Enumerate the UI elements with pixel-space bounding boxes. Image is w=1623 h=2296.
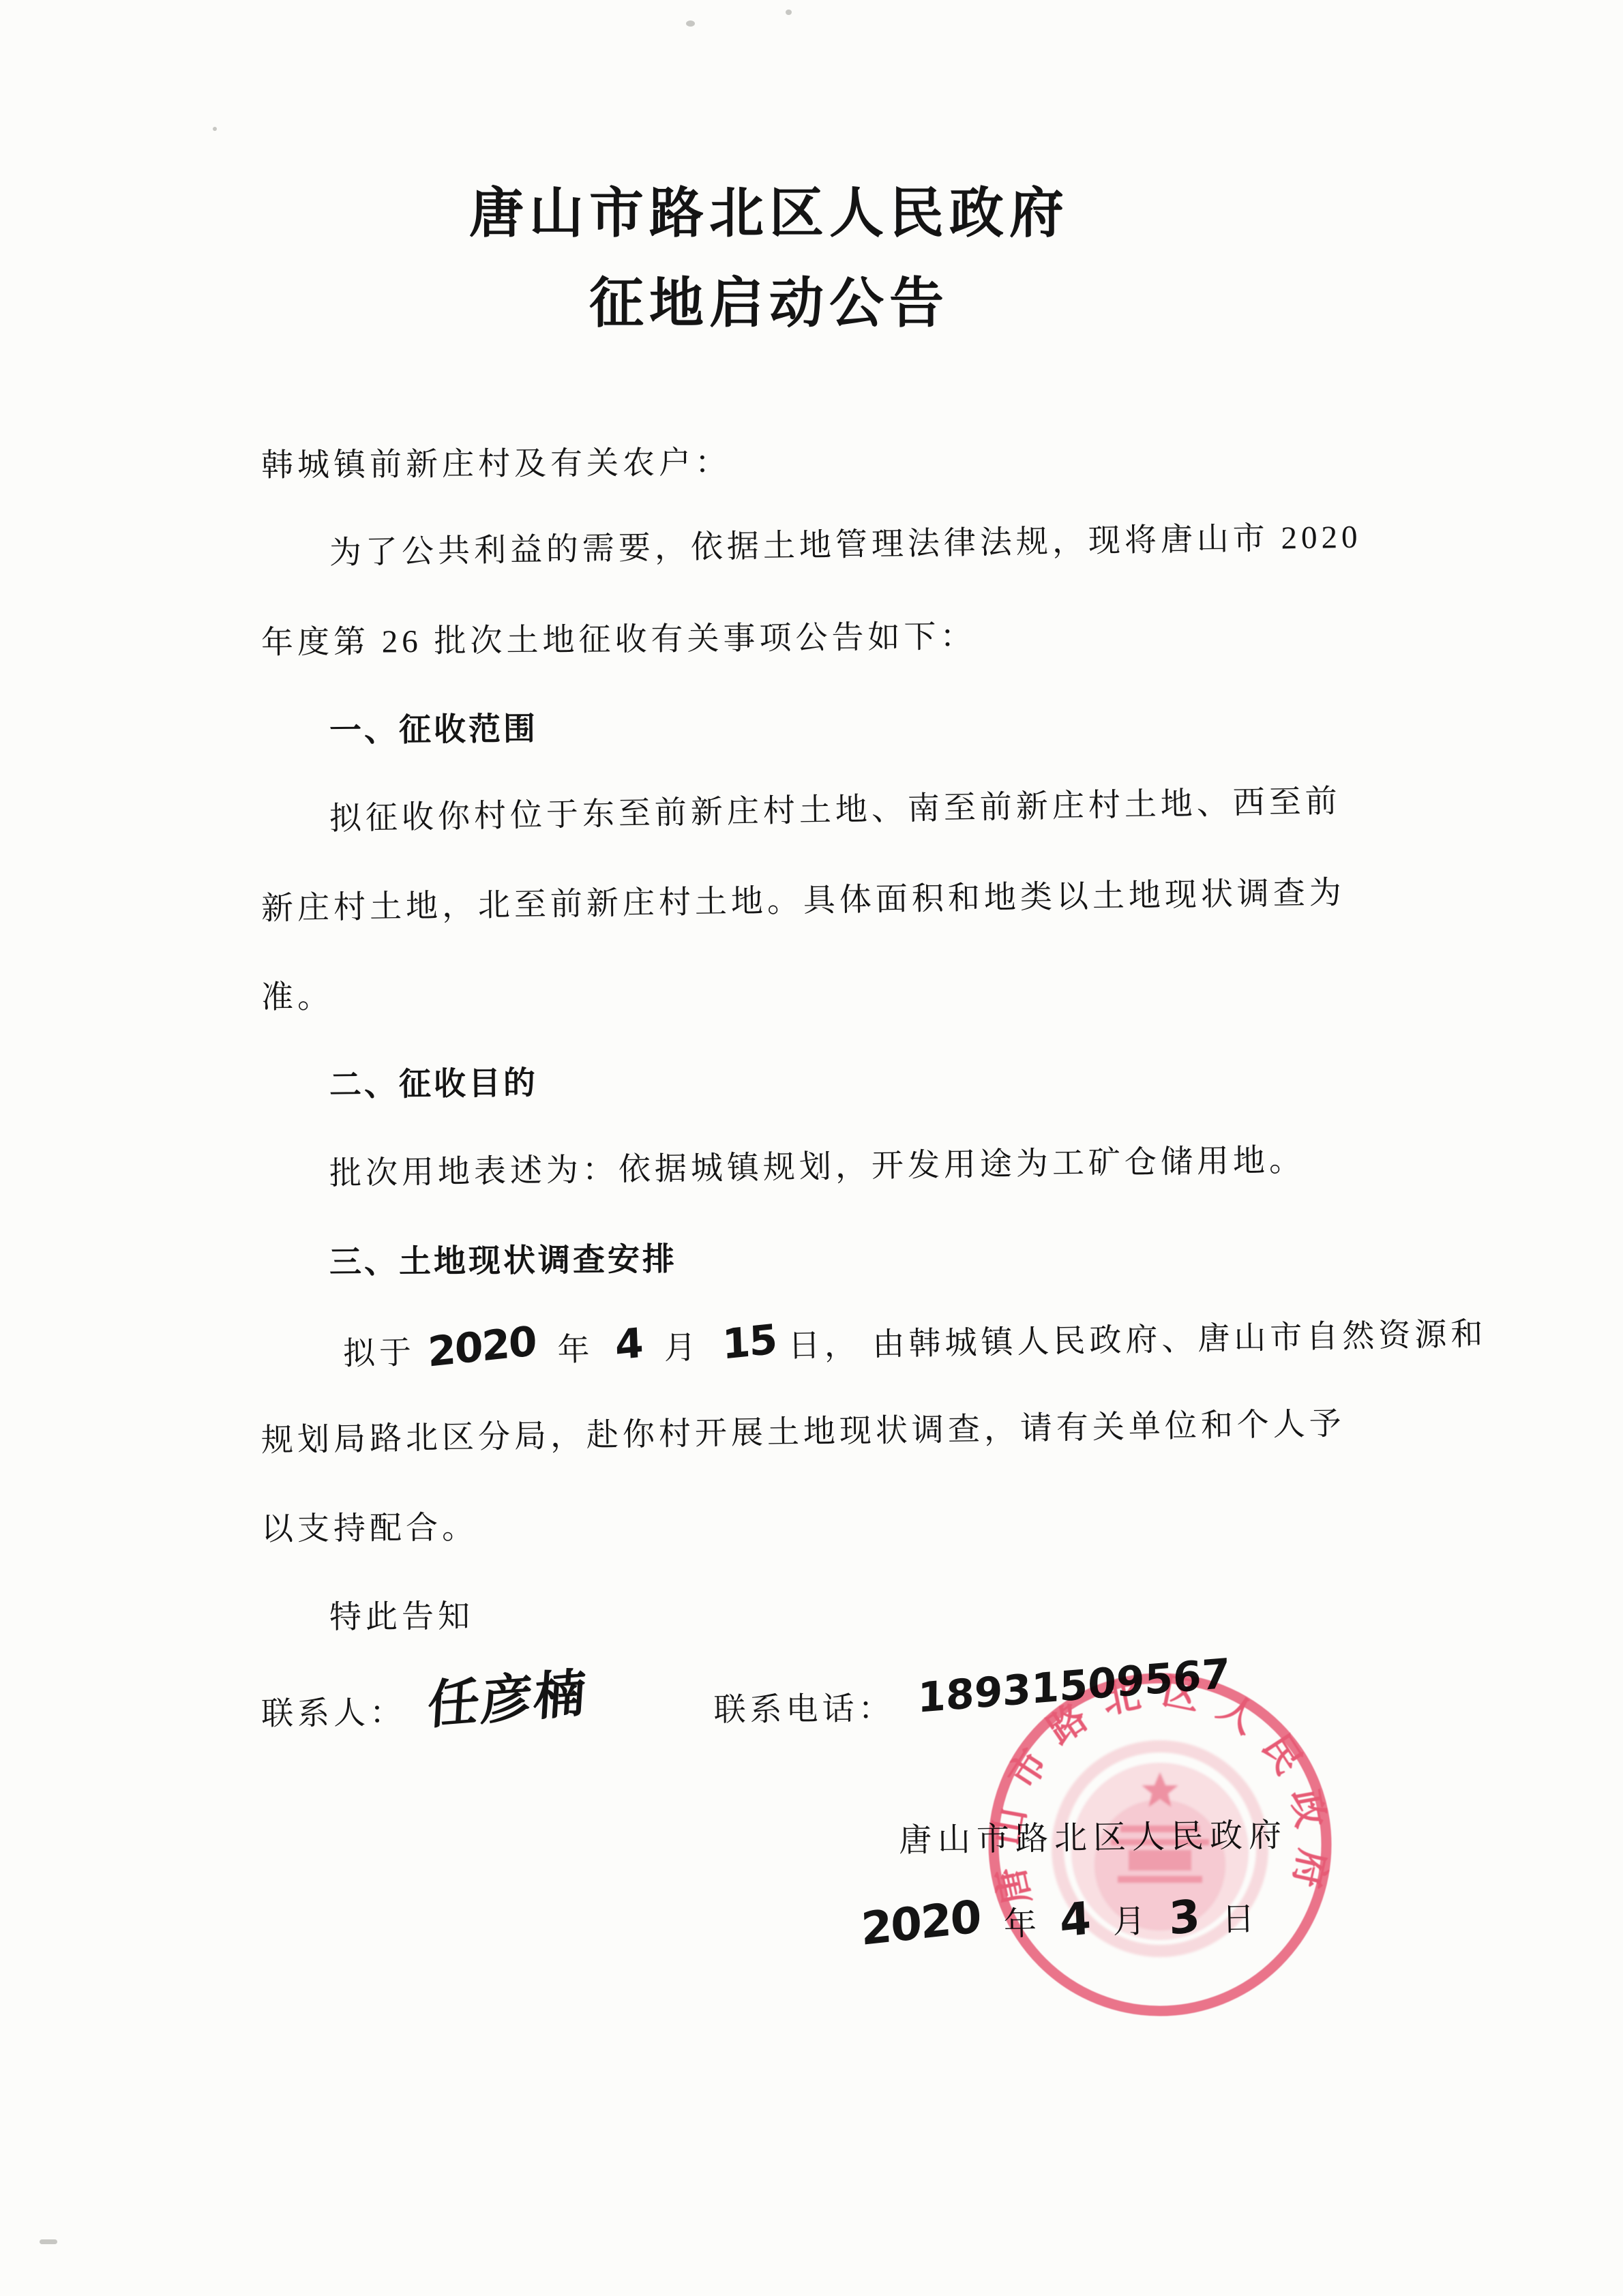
section1-line-3: 准。 — [261, 947, 1408, 1042]
schedule-prefix: 拟于 — [343, 1335, 416, 1372]
document-title-line1: 唐山市路北区人民政府 — [0, 169, 1581, 259]
contact-label: 联系人： — [261, 1695, 406, 1732]
scan-speck — [686, 20, 695, 27]
month-unit: 月 — [664, 1330, 700, 1367]
document-header: 唐山市路北区人民政府 征地启动公告 — [0, 169, 1623, 349]
scan-speck — [213, 127, 217, 131]
scan-speck — [786, 10, 792, 15]
closing-notice: 特此告知 — [261, 1566, 1408, 1663]
handwritten-contact-name: 任彦楠 — [425, 1648, 589, 1750]
section2-heading: 二、征收目的 — [260, 1030, 1407, 1131]
handwritten-sign-year: 2020 — [860, 1890, 981, 1956]
day-unit: 日， — [788, 1328, 861, 1365]
intro-line-1: 为了公共利益的需要，依据土地管理法律法规，现将唐山市 2020 — [260, 492, 1408, 599]
section3-line-3: 以支持配合。 — [261, 1477, 1408, 1574]
handwritten-year: 2020 — [426, 1297, 537, 1397]
section1-line-2: 新庄村土地，北至前新庄村土地。具体面积和地类以土地现状调查为 — [260, 848, 1408, 953]
national-emblem-icon — [1058, 1746, 1262, 1951]
document-body: 韩城镇前新庄村及有关农户： 为了公共利益的需要，依据土地管理法律法规，现将唐山市… — [261, 421, 1407, 1751]
official-seal-stamp: 唐山市路北区人民政府 — [982, 1667, 1338, 2023]
section2-line-1: 批次用地表述为：依据城镇规划，开发用途为工矿仓储用地。 — [260, 1115, 1408, 1219]
document-title-line2: 征地启动公告 — [0, 259, 1581, 349]
phone-label: 联系电话： — [713, 1691, 894, 1728]
handwritten-day: 15 — [720, 1295, 777, 1390]
year-unit: 年 — [557, 1332, 594, 1368]
scan-speck — [40, 2239, 57, 2244]
section3-line-2: 规划局路北区分局，赴你村开展土地现状调查，请有关单位和个人予 — [260, 1379, 1408, 1485]
scanned-announcement-page: 唐山市路北区人民政府 征地启动公告 韩城镇前新庄村及有关农户： 为了公共利益的需… — [0, 0, 1623, 2296]
intro-line-2: 年度第 26 批次土地征收有关事项公告如下： — [260, 588, 1407, 687]
schedule-rest: 由韩城镇人民政府、唐山市自然资源和 — [872, 1317, 1487, 1363]
handwritten-month: 4 — [614, 1298, 644, 1390]
